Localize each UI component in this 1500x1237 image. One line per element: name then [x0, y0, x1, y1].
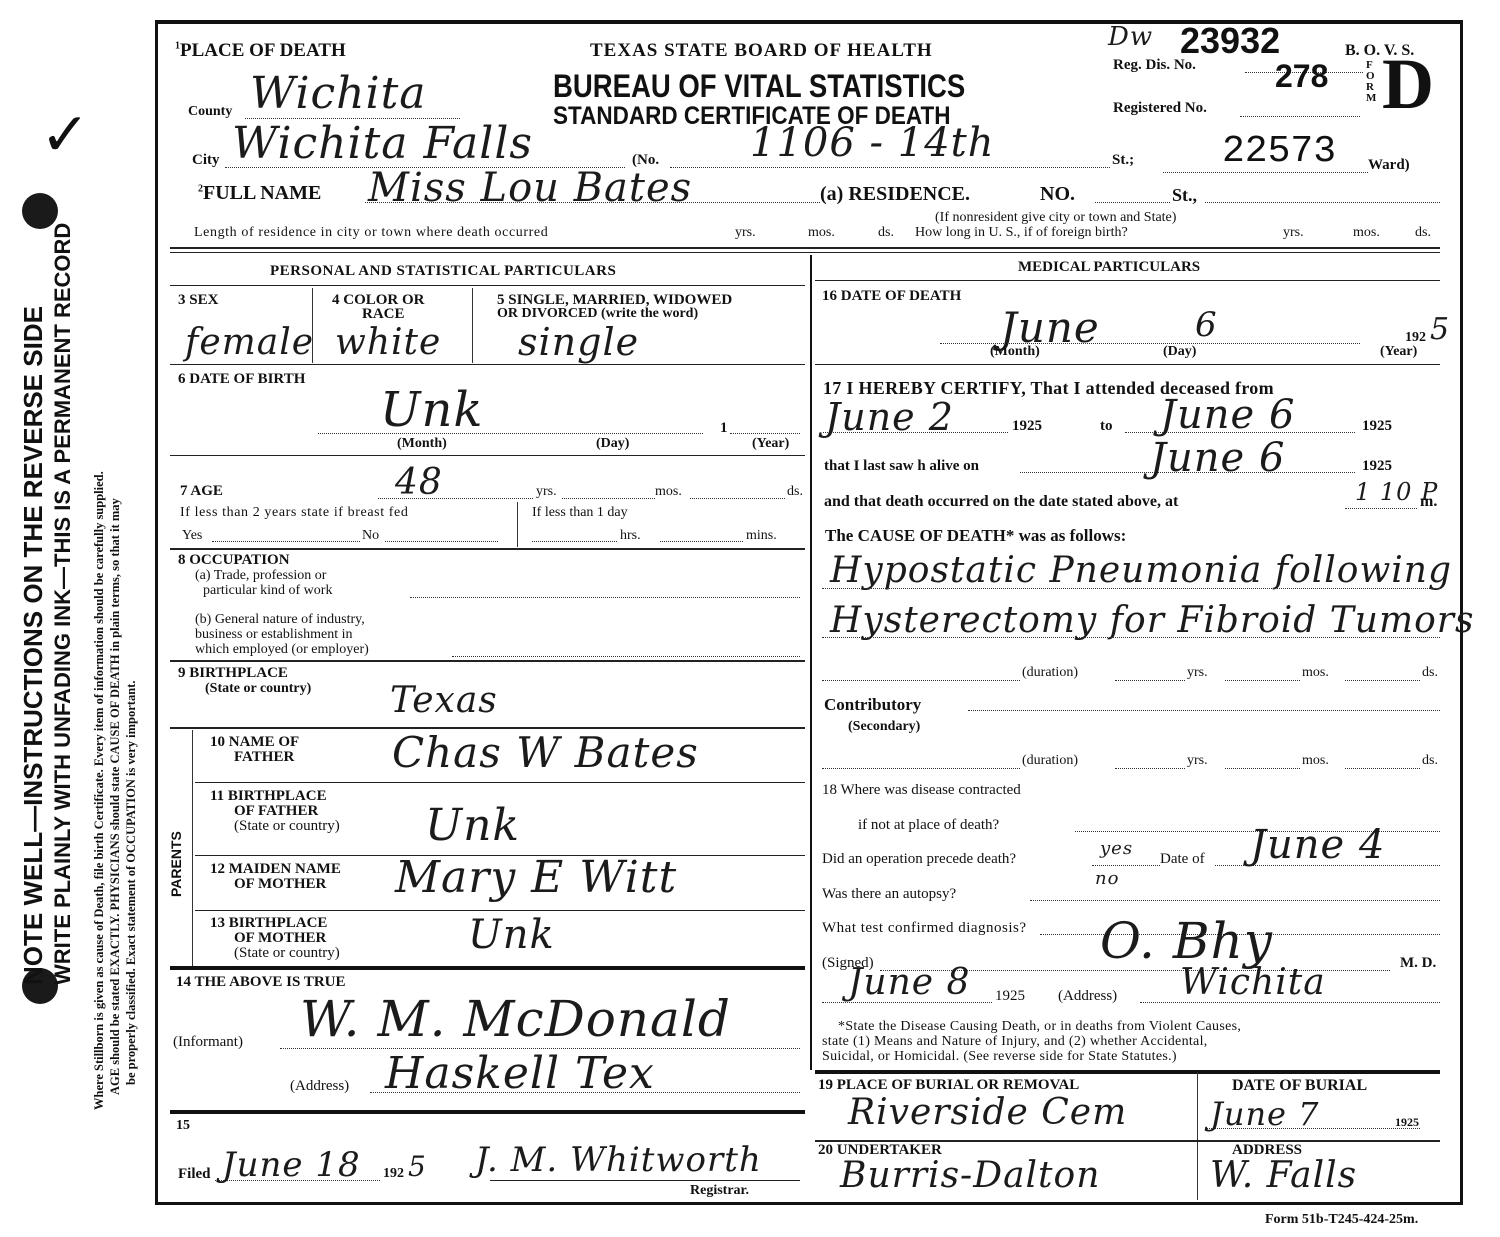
- autopsy-value[interactable]: no: [1095, 868, 1119, 889]
- death-day-caption: (Day): [1163, 344, 1196, 360]
- reg-dis-value: 278: [1275, 58, 1328, 95]
- contrib-duration-label: (duration): [1022, 753, 1078, 769]
- mother-name-label: 12 MAIDEN NAMEOF MOTHER: [210, 862, 341, 892]
- registrar-signature[interactable]: J. M. Whitworth: [475, 1140, 762, 1180]
- attended-from-value[interactable]: June 2: [825, 395, 954, 439]
- dob-value[interactable]: Unk: [380, 382, 483, 438]
- operation-label: Did an operation precede death?: [822, 851, 1016, 868]
- color-value[interactable]: white: [335, 322, 441, 363]
- cause-duration-label: (duration): [1022, 665, 1078, 681]
- county-value[interactable]: Wichita: [250, 68, 427, 119]
- personal-section-title: PERSONAL AND STATISTICAL PARTICULARS: [270, 263, 616, 280]
- fine-print-2: AGE should be stated EXACTLY. PHYSICIANS…: [108, 498, 123, 1095]
- age-yrs: yrs.: [536, 484, 557, 500]
- filed-date-value[interactable]: June 18: [222, 1145, 361, 1185]
- above-true-label: 14 THE ABOVE IS TRUE: [176, 974, 346, 991]
- dob-year-caption: (Year): [752, 436, 789, 452]
- attended-from-year: 1925: [1012, 418, 1042, 435]
- street-label: St.;: [1112, 152, 1134, 169]
- board-title: TEXAS STATE BOARD OF HEALTH: [590, 40, 933, 62]
- father-birthplace-label: 11 BIRTHPLACEOF FATHER(State or country): [210, 789, 340, 834]
- footnote-line-3: Suicidal, or Homicidal. (See reverse sid…: [822, 1049, 1177, 1065]
- filed-label: Filed: [178, 1166, 211, 1183]
- father-name-label: 10 NAME OFFATHER: [210, 735, 299, 765]
- registered-label: Registered No.: [1113, 100, 1207, 117]
- reg-dis-label: Reg. Dis. No.: [1113, 57, 1196, 74]
- footnote-line-1: *State the Disease Causing Death, or in …: [838, 1019, 1241, 1035]
- occ-b-line-1: (b) General nature of industry,: [195, 612, 365, 628]
- breast-fed-label: If less than 2 years state if breast fed: [180, 505, 408, 521]
- contrib-ds: ds.: [1422, 753, 1438, 769]
- county-label: County: [188, 104, 232, 120]
- parents-side-label: PARENTS: [168, 831, 184, 897]
- birthplace-value[interactable]: Texas: [390, 680, 498, 721]
- attended-to-year: 1925: [1362, 418, 1392, 435]
- death-time-label: and that death occurred on the date stat…: [824, 493, 1178, 511]
- death-month-caption: (Month): [990, 344, 1040, 360]
- contributory-label: Contributory: [824, 695, 921, 715]
- residence-st-label: St.,: [1172, 185, 1197, 206]
- form-code: Form 51b-T245-424-25m.: [1265, 1212, 1418, 1228]
- undertaker-value[interactable]: Burris-Dalton: [840, 1155, 1100, 1196]
- stamp-prefix: Dw: [1108, 22, 1153, 52]
- occ-b-line-2: business or establishment in: [195, 627, 353, 643]
- filed-year-suffix[interactable]: 5: [408, 1150, 427, 1183]
- last-saw-value[interactable]: June 6: [1150, 435, 1285, 481]
- burial-date-year: 1925: [1395, 1115, 1419, 1130]
- birthplace-sub-label: (State or country): [205, 681, 311, 697]
- birthplace-label: 9 BIRTHPLACE: [178, 665, 288, 682]
- disease-contracted-label: 18 Where was disease contracted: [822, 782, 1021, 799]
- residence-label: (a) RESIDENCE.: [820, 183, 970, 206]
- signed-date-value[interactable]: June 8: [848, 962, 970, 1003]
- ward-label: Ward): [1368, 157, 1410, 174]
- mother-name-value[interactable]: Mary E Witt: [395, 852, 677, 903]
- death-year-suffix[interactable]: 5: [1430, 312, 1450, 347]
- dob-year-prefix: 1: [720, 420, 728, 437]
- occupation-label: 8 OCCUPATION: [178, 552, 290, 569]
- age-mos: mos.: [655, 484, 682, 500]
- father-name-value[interactable]: Chas W Bates: [392, 728, 699, 777]
- foreign-ds: ds.: [1415, 225, 1431, 241]
- contrib-yrs: yrs.: [1187, 753, 1208, 769]
- operation-date-label: Date of: [1160, 851, 1205, 868]
- operation-value[interactable]: yes: [1100, 838, 1133, 859]
- registered-value: 22573: [1222, 130, 1336, 173]
- length-mos: mos.: [808, 225, 835, 241]
- check-mark-icon: ✓: [40, 100, 90, 170]
- secondary-label: (Secondary): [848, 719, 920, 735]
- footnote-line-2: state (1) Means and Nature of Injury, an…: [822, 1034, 1208, 1050]
- sex-label: 3 SEX: [178, 292, 218, 309]
- informant-value[interactable]: W. M. McDonald: [300, 990, 731, 1048]
- cause-mos: mos.: [1302, 665, 1329, 681]
- age-label: 7 AGE: [180, 483, 223, 500]
- registrar-label: Registrar.: [690, 1183, 749, 1199]
- cause-of-death-label: The CAUSE OF DEATH* was as follows:: [825, 526, 1126, 546]
- last-saw-year: 1925: [1362, 458, 1392, 475]
- burial-date-value[interactable]: June 7: [1210, 1095, 1320, 1133]
- test-label: What test confirmed diagnosis?: [822, 920, 1027, 937]
- no-label: No: [362, 528, 379, 544]
- full-name-label: 2FULL NAME: [198, 182, 321, 205]
- age-value[interactable]: 48: [395, 462, 443, 503]
- death-day-value[interactable]: 6: [1195, 305, 1218, 345]
- fine-print-1: Where Stillborn is given as cause of Dea…: [92, 471, 107, 1110]
- street-no-value[interactable]: 1106 - 14th: [750, 120, 994, 166]
- informant-address-value[interactable]: Haskell Tex: [385, 1048, 655, 1099]
- less-day-label: If less than 1 day: [532, 505, 628, 521]
- physician-address-label: (Address): [1058, 988, 1117, 1005]
- place-of-death-label: 1PLACE OF DEATH: [175, 40, 346, 62]
- informant-address-label: (Address): [290, 1078, 349, 1095]
- note-well-line: NOTE WELL—INSTRUCTIONS ON THE REVERSE SI…: [18, 306, 49, 985]
- md-label: M. D.: [1400, 955, 1436, 972]
- filing-number: 15: [176, 1118, 190, 1134]
- to-label: to: [1100, 418, 1113, 435]
- hrs-label: hrs.: [620, 528, 641, 544]
- father-birthplace-value[interactable]: Unk: [425, 800, 520, 851]
- mins-label: mins.: [746, 528, 777, 544]
- dob-month-caption: (Month): [397, 436, 447, 452]
- full-name-value[interactable]: Miss Lou Bates: [368, 165, 692, 211]
- not-place-label: if not at place of death?: [858, 817, 999, 834]
- operation-date-value[interactable]: June 4: [1250, 822, 1385, 868]
- dob-day-caption: (Day): [596, 436, 629, 452]
- foreign-yrs: yrs.: [1283, 225, 1304, 241]
- signed-year: 1925: [995, 988, 1025, 1005]
- cause-line-1[interactable]: Hypostatic Pneumonia following: [830, 550, 1452, 591]
- city-value[interactable]: Wichita Falls: [232, 118, 533, 169]
- occ-b-line-3: which employed (or employer): [195, 642, 369, 658]
- nonresident-note: (If nonresident give city or town and St…: [935, 210, 1176, 226]
- color-label-2: RACE: [362, 306, 405, 323]
- fine-print-3: be properly classified. Exact statement …: [124, 681, 139, 1085]
- undertaker-address-value[interactable]: W. Falls: [1210, 1155, 1357, 1196]
- filed-year-prefix: 192: [383, 1166, 404, 1182]
- sex-value[interactable]: female: [185, 322, 314, 363]
- cause-yrs: yrs.: [1187, 665, 1208, 681]
- length-ds: ds.: [878, 225, 894, 241]
- medical-section-title: MEDICAL PARTICULARS: [1018, 259, 1200, 276]
- death-year-caption: (Year): [1380, 344, 1417, 360]
- mother-birthplace-value[interactable]: Unk: [468, 912, 555, 958]
- city-label: City: [192, 152, 220, 169]
- occ-a-line-2: particular kind of work: [203, 583, 332, 599]
- attended-to-value[interactable]: June 6: [1160, 392, 1295, 438]
- burial-place-value[interactable]: Riverside Cem: [848, 1092, 1127, 1133]
- marital-value[interactable]: single: [518, 320, 639, 364]
- date-of-death-label: 16 DATE OF DEATH: [822, 288, 961, 305]
- burial-date-label: DATE OF BURIAL: [1232, 1077, 1367, 1095]
- bureau-title: BUREAU OF VITAL STATISTICS: [553, 68, 965, 105]
- column-divider: [810, 255, 812, 1070]
- autopsy-label: Was there an autopsy?: [822, 886, 956, 903]
- length-yrs: yrs.: [735, 225, 756, 241]
- occ-a-line-1: (a) Trade, profession or: [195, 568, 326, 584]
- residence-no-label: NO.: [1040, 183, 1075, 206]
- how-long-label: How long in U. S., if of foreign birth?: [915, 225, 1128, 241]
- cause-ds: ds.: [1422, 665, 1438, 681]
- form-vertical-label: FORM: [1366, 60, 1376, 104]
- side-margin: ✓ NOTE WELL—INSTRUCTIONS ON THE REVERSE …: [0, 0, 158, 1237]
- foreign-mos: mos.: [1353, 225, 1380, 241]
- contrib-mos: mos.: [1302, 753, 1329, 769]
- mother-birthplace-label: 13 BIRTHPLACEOF MOTHER(State or country): [210, 916, 340, 961]
- yes-label: Yes: [182, 528, 202, 544]
- death-time-suffix: m.: [1420, 493, 1437, 511]
- last-saw-label: that I last saw h alive on: [824, 458, 979, 475]
- informant-label: (Informant): [173, 1034, 243, 1051]
- stamp-number: 23932: [1180, 20, 1280, 62]
- ink-line: WRITE PLAINLY WITH UNFADING INK—THIS IS …: [50, 223, 76, 985]
- form-letter: D: [1382, 48, 1434, 120]
- age-ds: ds.: [787, 484, 803, 500]
- physician-address-value[interactable]: Wichita: [1180, 962, 1326, 1003]
- length-residence-label: Length of residence in city or town wher…: [194, 225, 548, 241]
- dob-label: 6 DATE OF BIRTH: [178, 371, 305, 388]
- cause-line-2[interactable]: Hysterectomy for Fibroid Tumors: [830, 600, 1474, 641]
